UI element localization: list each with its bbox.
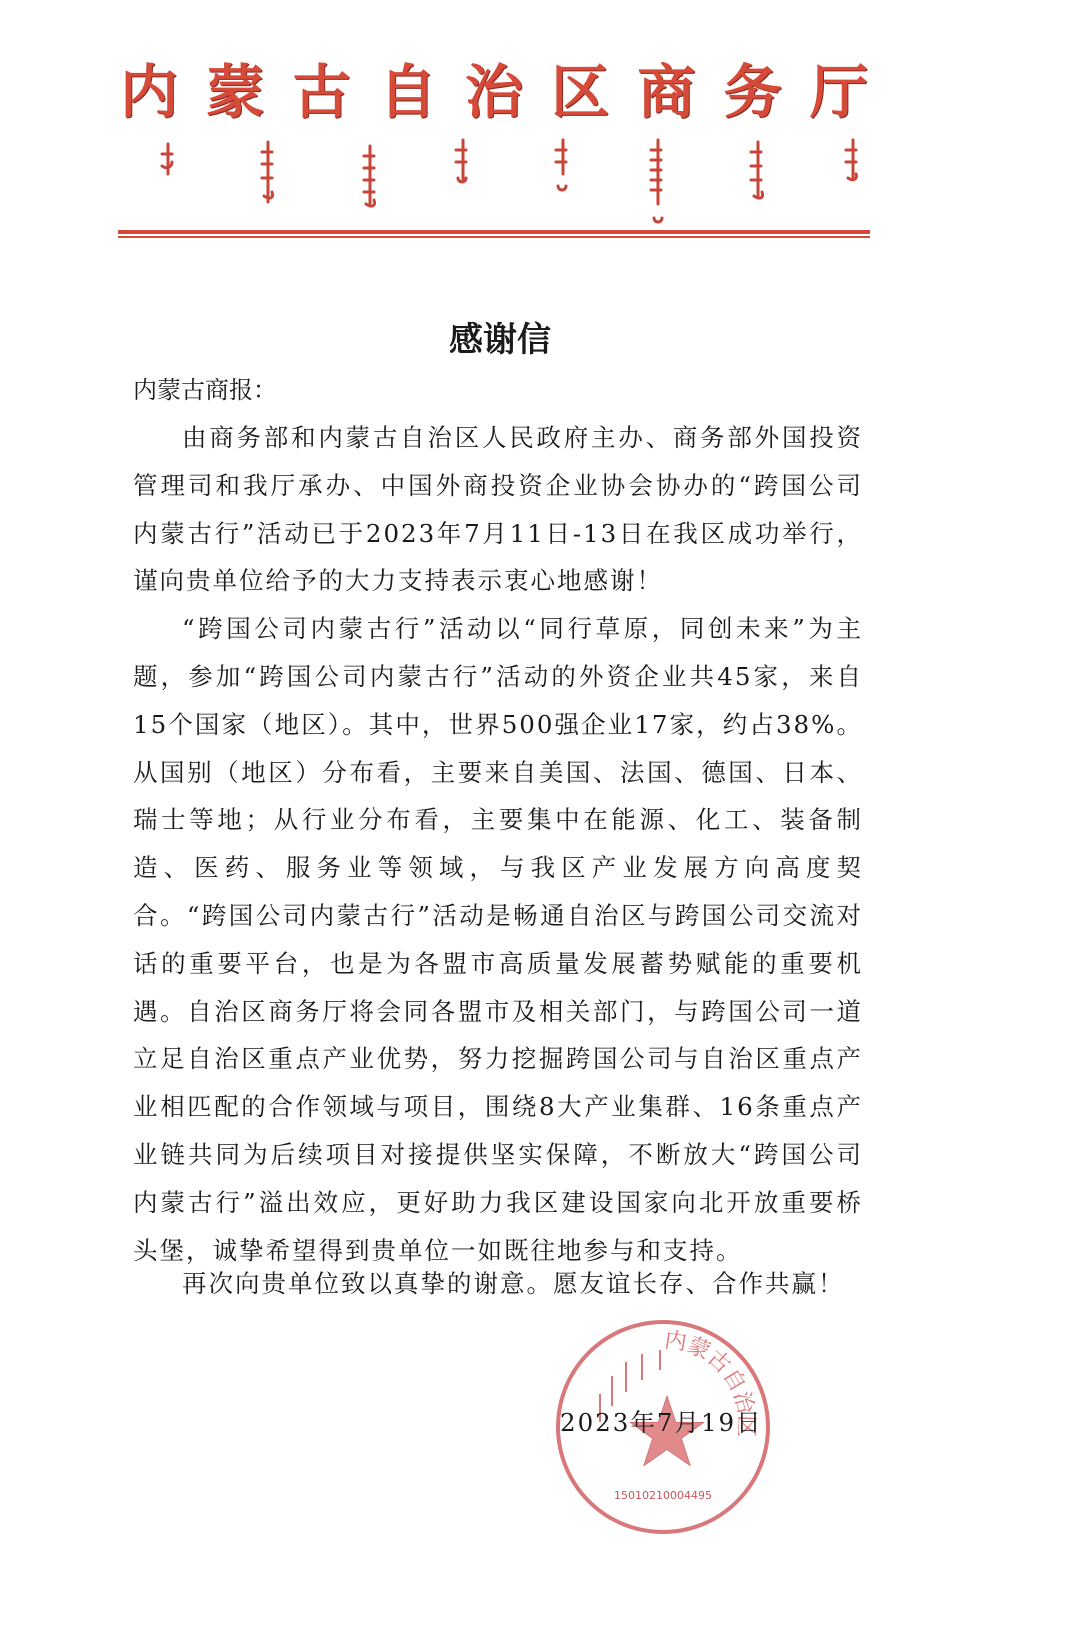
letterhead-divider: [118, 230, 870, 238]
letterhead: 内 蒙 古 自 治 区 商 务 厅: [118, 60, 870, 248]
letterhead-char: 古: [292, 60, 350, 124]
paragraph: “跨国公司内蒙古行”活动以“同行草原，同创未来”为主题，参加“跨国公司内蒙古行”…: [133, 605, 863, 1274]
letterhead-char: 自: [379, 60, 437, 124]
letterhead-title: 内 蒙 古 自 治 区 商 务 厅: [118, 60, 870, 124]
letterhead-char: 商: [637, 60, 695, 124]
letter-body: 由商务部和内蒙古自治区人民政府主办、商务部外国投资管理司和我厅承办、中国外商投资…: [133, 414, 863, 1274]
letterhead-char: 务: [724, 60, 782, 124]
paragraph: 由商务部和内蒙古自治区人民政府主办、商务部外国投资管理司和我厅承办、中国外商投资…: [133, 414, 863, 605]
letterhead-char: 区: [551, 60, 609, 124]
letterhead-char: 厅: [810, 60, 868, 124]
letterhead-char: 治: [465, 60, 523, 124]
salutation: 内蒙古商报：: [133, 370, 277, 405]
letterhead-char: 蒙: [206, 60, 264, 124]
closing-line: 再次向贵单位致以真挚的谢意。愿友谊长存、合作共赢！: [133, 1265, 863, 1300]
letter-date: 2023年7月19日: [560, 1404, 763, 1439]
seal-code: 15010210004495: [560, 1489, 766, 1502]
mongolian-script-line: [118, 134, 870, 244]
letterhead-char: 内: [120, 60, 178, 124]
document-title: 感谢信: [0, 312, 1000, 361]
